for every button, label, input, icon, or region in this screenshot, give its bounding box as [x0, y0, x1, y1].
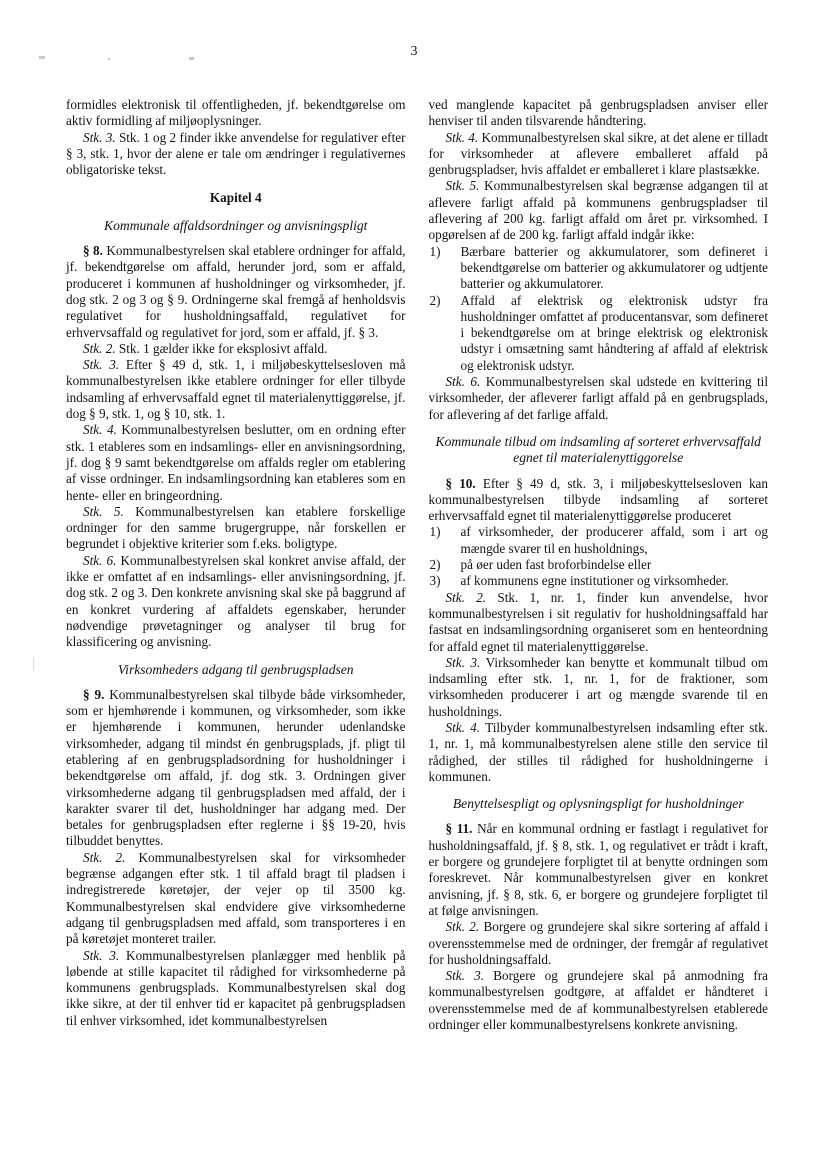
paragraph: § 11. Når en kommunal ordning er fastlag… — [429, 821, 769, 919]
list-number: 2) — [430, 293, 441, 309]
paragraph-lead: Stk. 4. — [446, 720, 486, 735]
paragraph-lead: Stk. 3. — [446, 655, 486, 670]
section-heading: Kommunale affaldsordninger og anvisnings… — [66, 218, 406, 234]
paragraph: Stk. 4. Kommunalbestyrelsen skal sikre, … — [429, 130, 769, 179]
scan-artifact — [108, 58, 110, 60]
list-item: 1)Bærbare batterier og akkumulatorer, so… — [429, 244, 769, 293]
left-column: formidles elektronisk til offentligheden… — [66, 97, 406, 1033]
paragraph-lead: Stk. 3. — [83, 130, 119, 145]
paragraph-lead: Stk. 6. — [83, 553, 121, 568]
paragraph: Stk. 5. Kommunalbestyrelsen kan etablere… — [66, 504, 406, 553]
paragraph: Stk. 2. Stk. 1, nr. 1, finder kun anvend… — [429, 590, 769, 655]
list-number: 3) — [430, 573, 441, 589]
paragraph: § 8. Kommunalbestyrelsen skal etablere o… — [66, 243, 406, 341]
paragraph: Stk. 5. Kommunalbestyrelsen skal begræns… — [429, 178, 769, 243]
paragraph-lead: Stk. 2. — [446, 590, 498, 605]
list-item: 2)Affald af elektrisk og elektronisk uds… — [429, 293, 769, 374]
paragraph: Stk. 3. Efter § 49 d, stk. 1, i miljøbes… — [66, 357, 406, 422]
list-text: af kommunens egne institutioner og virks… — [461, 573, 729, 588]
paragraph: § 10. Efter § 49 d, stk. 3, i miljøbesky… — [429, 476, 769, 525]
document-page: 3 formidles elektronisk til offentlighed… — [0, 0, 828, 1169]
paragraph: Stk. 2. Stk. 1 gælder ikke for eksplosiv… — [66, 341, 406, 357]
scan-artifact — [189, 57, 194, 60]
list-text: på øer uden fast broforbindelse eller — [461, 557, 652, 572]
paragraph-lead: Stk. 3. — [446, 968, 494, 983]
paragraph-lead: § 11. — [446, 821, 478, 836]
paragraph-lead: Stk. 4. — [446, 130, 482, 145]
paragraph: ved manglende kapacitet på genbrugsplads… — [429, 97, 769, 130]
paragraph: Stk. 2. Kommunalbestyrelsen skal for vir… — [66, 850, 406, 948]
paragraph-lead: § 10. — [446, 476, 483, 491]
paragraph: formidles elektronisk til offentligheden… — [66, 97, 406, 130]
list-number: 1) — [430, 244, 441, 260]
scan-artifact — [39, 56, 45, 59]
list-item: 1)af virksomheder, der producerer affald… — [429, 524, 769, 557]
chapter-heading: Kapitel 4 — [66, 190, 406, 206]
list-number: 2) — [430, 557, 441, 573]
section-heading: Benyttelsespligt og oplysningspligt for … — [429, 796, 769, 812]
paragraph-lead: Stk. 6. — [446, 374, 486, 389]
right-column: ved manglende kapacitet på genbrugsplads… — [429, 97, 769, 1033]
paragraph-lead: Stk. 3. — [83, 948, 126, 963]
paragraph: Stk. 4. Tilbyder kommunalbestyrelsen ind… — [429, 720, 769, 785]
list-text: af virksomheder, der producerer affald, … — [461, 524, 769, 555]
scan-artifact — [33, 657, 34, 671]
list-text: Bærbare batterier og akkumulatorer, som … — [461, 244, 769, 292]
paragraph: § 9. Kommunalbestyrelsen skal tilbyde bå… — [66, 687, 406, 850]
paragraph: Stk. 3. Kommunalbestyrelsen planlægger m… — [66, 948, 406, 1029]
page-number: 3 — [0, 0, 828, 60]
paragraph: Stk. 3. Stk. 1 og 2 finder ikke anvendel… — [66, 130, 406, 179]
paragraph-lead: Stk. 4. — [83, 422, 121, 437]
list-item: 3)af kommunens egne institutioner og vir… — [429, 573, 769, 589]
list-number: 1) — [430, 524, 441, 540]
paragraph-lead: Stk. 5. — [83, 504, 135, 519]
paragraph-lead: § 8. — [83, 243, 106, 258]
section-heading: Virksomheders adgang til genbrugspladsen — [66, 662, 406, 678]
section-heading: Kommunale tilbud om indsamling af sorter… — [429, 434, 769, 467]
text-columns: formidles elektronisk til offentligheden… — [66, 97, 768, 1033]
paragraph-lead: Stk. 2. — [83, 341, 119, 356]
list-text: Affald af elektrisk og elektronisk udsty… — [461, 293, 769, 373]
paragraph-lead: Stk. 2. — [446, 919, 484, 934]
paragraph-lead: Stk. 3. — [83, 357, 126, 372]
paragraph-lead: Stk. 5. — [446, 178, 485, 193]
paragraph: Stk. 3. Virksomheder kan benytte et komm… — [429, 655, 769, 720]
paragraph: Stk. 6. Kommunalbestyrelsen skal udstede… — [429, 374, 769, 423]
paragraph: Stk. 4. Kommunalbestyrelsen beslutter, o… — [66, 422, 406, 503]
paragraph-lead: Stk. 2. — [83, 850, 138, 865]
paragraph-lead: § 9. — [83, 687, 109, 702]
paragraph: Stk. 6. Kommunalbestyrelsen skal konkret… — [66, 553, 406, 651]
paragraph: Stk. 2. Borgere og grundejere skal sikre… — [429, 919, 769, 968]
paragraph: Stk. 3. Borgere og grundejere skal på an… — [429, 968, 769, 1033]
list-item: 2)på øer uden fast broforbindelse eller — [429, 557, 769, 573]
